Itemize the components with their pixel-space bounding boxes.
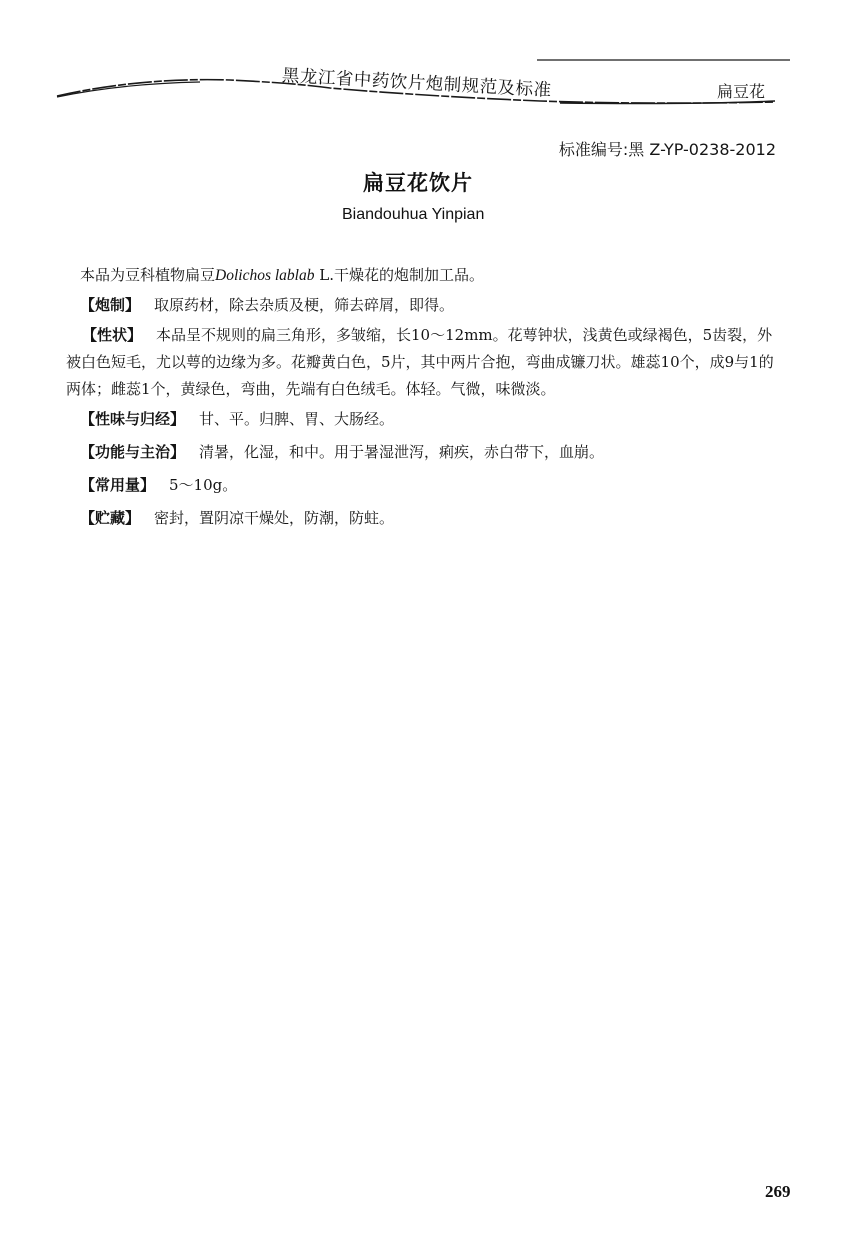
section-function-indication: 【功能与主治】清暑，化湿，和中。用于暑湿泄泻，痢疾，赤白带下，血崩。 [80, 439, 780, 466]
section-text: 密封，置阴凉干燥处，防潮，防蛀。 [154, 509, 394, 527]
header-decorative-lines [0, 0, 850, 130]
latin-name: Dolichos lablab [215, 267, 314, 284]
section-text: 取原药材，除去杂质及梗，筛去碎屑，即得。 [154, 296, 454, 314]
section-label: 【常用量】 [80, 476, 155, 494]
intro-suffix: L.干燥花的炮制加工品。 [314, 266, 484, 284]
section-text: 甘、平。归脾、胃、大肠经。 [199, 410, 394, 428]
section-storage: 【贮藏】密封，置阴凉干燥处，防潮，防蛀。 [80, 505, 780, 532]
standard-number: 标准编号:黑 Z-YP-0238-2012 [559, 137, 776, 160]
section-description: 【性状】本品呈不规则的扁三角形，多皱缩，长10～12mm。花萼钟状，浅黄色或绿褐… [66, 322, 780, 403]
page-subtitle-pinyin: Biandouhua Yinpian [342, 206, 484, 224]
section-taste-meridian: 【性味与归经】甘、平。归脾、胃、大肠经。 [80, 406, 780, 433]
section-label: 【功能与主治】 [80, 443, 185, 461]
section-text: 本品呈不规则的扁三角形，多皱缩，长10～12mm。花萼钟状，浅黄色或绿褐色，5齿… [66, 326, 774, 398]
monograph-body: 本品为豆科植物扁豆Dolichos lablab L.干燥花的炮制加工品。 【炮… [80, 262, 780, 532]
page-title: 扁豆花饮片 [363, 167, 473, 197]
section-text: 清暑，化湿，和中。用于暑湿泄泻，痢疾，赤白带下，血崩。 [199, 443, 604, 461]
section-processing: 【炮制】取原药材，除去杂质及梗，筛去碎屑，即得。 [80, 292, 780, 319]
section-label: 【性味与归经】 [80, 410, 185, 428]
running-head-section: 扁豆花 [717, 79, 765, 102]
intro-prefix: 本品为豆科植物扁豆 [80, 266, 215, 284]
section-label: 【性状】 [82, 326, 142, 344]
section-dosage: 【常用量】5～10g。 [80, 472, 780, 499]
section-text: 5～10g。 [169, 476, 237, 494]
section-label: 【炮制】 [80, 296, 140, 314]
intro-paragraph: 本品为豆科植物扁豆Dolichos lablab L.干燥花的炮制加工品。 [80, 262, 780, 289]
page-number: 269 [765, 1182, 791, 1202]
section-label: 【贮藏】 [80, 509, 140, 527]
